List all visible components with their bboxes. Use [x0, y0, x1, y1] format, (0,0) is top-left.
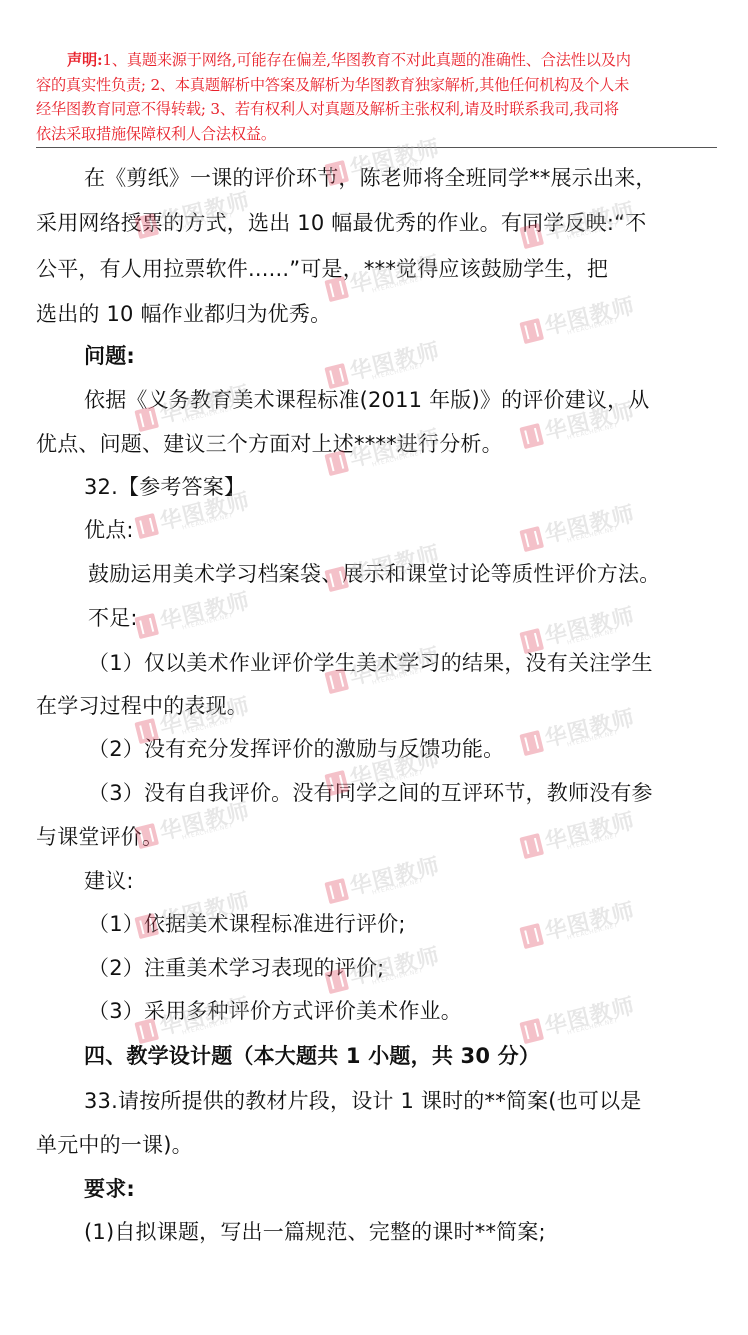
huatu-logo-icon: [134, 613, 159, 639]
shortcoming-item: （2）没有充分发挥评价的激励与反馈功能。: [88, 736, 504, 762]
suggestion-item: （3）采用多种评价方式评价美术作业。: [88, 998, 462, 1024]
question-33-line: 33.请按所提供的教材片段，设计 1 课时的**简案(也可以是: [84, 1088, 642, 1114]
disclaimer: 声明:1、真题来源于网络,可能存在偏差,华图教育不对此真题的准确性、合法性以及内…: [36, 48, 718, 146]
shortcoming-item: （3）没有自我评价。没有同学之间的互评环节，教师没有参: [88, 780, 653, 806]
watermark: 华图教师HTEACHER.NET: [132, 581, 257, 645]
prompt-label: 问题:: [84, 343, 135, 369]
scenario-line: 选出的 10 幅作业都归为优秀。: [36, 301, 331, 327]
watermark: 华图教师HTEACHER.NET: [517, 286, 642, 350]
huatu-logo-icon: [519, 833, 544, 859]
shortcomings-label: 不足:: [88, 605, 138, 631]
watermark: 华图教师HTEACHER.NET: [517, 986, 642, 1050]
header-divider: [36, 147, 717, 148]
watermark: 华图教师HTEACHER.NET: [322, 331, 447, 395]
shortcoming-item-cont: 在学习过程中的表现。: [36, 693, 248, 719]
huatu-logo-icon: [519, 423, 544, 449]
document-page: 声明:1、真题来源于网络,可能存在偏差,华图教育不对此真题的准确性、合法性以及内…: [0, 0, 748, 1335]
watermark: 华图教师HTEACHER.NET: [517, 494, 642, 558]
scenario-line: 公平，有人用拉票软件......”可是，***觉得应该鼓励学生，把: [36, 256, 608, 282]
suggestion-item: （2）注重美术学习表现的评价;: [88, 955, 384, 981]
watermark: 华图教师HTEACHER.NET: [517, 891, 642, 955]
scenario-line: 采用网络授票的方式，选出 10 幅最优秀的作业。有同学反映:“不: [36, 210, 646, 236]
suggestion-item: （1）依据美术课程标准进行评价;: [88, 911, 406, 937]
shortcoming-item-cont: 与课堂评价。: [36, 824, 163, 850]
disclaimer-line: 1、真题来源于网络,可能存在偏差,华图教育不对此真题的准确性、合法性以及内: [102, 51, 630, 69]
huatu-logo-icon: [519, 526, 544, 552]
huatu-logo-icon: [519, 923, 544, 949]
disclaimer-line: 容的真实性负责; 2、本真题解析中答案及解析为华图教育独家解析,其他任何机构及个…: [36, 73, 718, 98]
watermark: 华图教师HTEACHER.NET: [517, 801, 642, 865]
scenario-line: 在《剪纸》一课的评价环节，陈老师将全班同学**展示出来，: [84, 165, 657, 191]
disclaimer-line: 经华图教育同意不得转载; 3、若有权利人对真题及解析主张权利,请及时联系我司,我…: [36, 97, 718, 122]
huatu-logo-icon: [134, 513, 159, 539]
advantages-text: 鼓励运用美术学习档案袋、展示和课堂讨论等质性评价方法。: [88, 561, 660, 587]
disclaimer-label: 声明:: [36, 51, 102, 69]
disclaimer-line: 依法采取措施保障权利人合法权益。: [36, 122, 718, 147]
answer-heading: 32.【参考答案】: [84, 474, 245, 500]
requirements-label: 要求:: [84, 1176, 135, 1202]
watermark: 华图教师HTEACHER.NET: [517, 698, 642, 762]
huatu-logo-icon: [324, 878, 349, 904]
section-heading: 四、教学设计题（本大题共 1 小题，共 30 分）: [84, 1043, 540, 1069]
huatu-logo-icon: [519, 1018, 544, 1044]
huatu-logo-icon: [324, 363, 349, 389]
huatu-logo-icon: [519, 730, 544, 756]
prompt-line: 优点、问题、建议三个方面对上述****进行分析。: [36, 431, 503, 457]
prompt-line: 依据《义务教育美术课程标准(2011 年版)》的评价建议，从: [84, 387, 650, 413]
huatu-logo-icon: [519, 318, 544, 344]
suggestions-label: 建议:: [84, 868, 134, 894]
advantages-label: 优点:: [84, 517, 134, 543]
shortcoming-item: （1）仅以美术作业评价学生美术学习的结果，没有关注学生: [88, 650, 653, 676]
requirement-item: (1)自拟课题，写出一篇规范、完整的课时**简案;: [84, 1219, 546, 1245]
watermark: 华图教师HTEACHER.NET: [322, 846, 447, 910]
question-33-line: 单元中的一课)。: [36, 1132, 193, 1158]
